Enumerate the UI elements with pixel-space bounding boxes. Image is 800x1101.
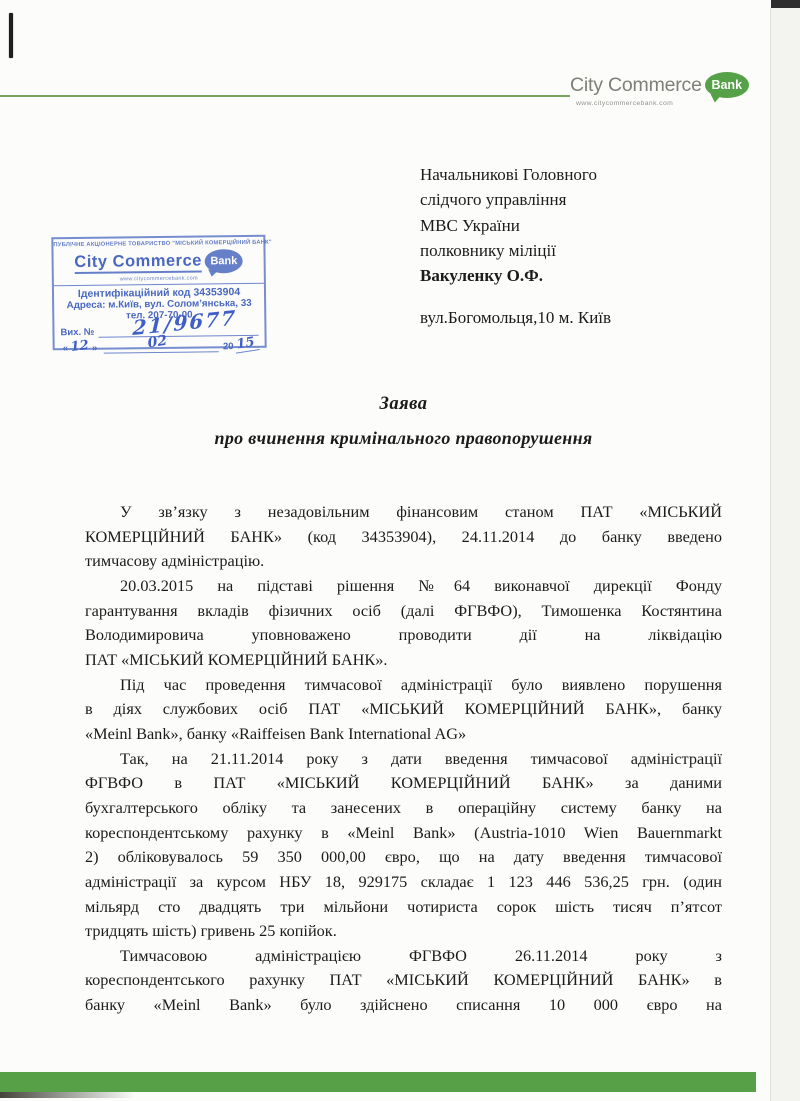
recipient-name: Вакуленку О.Ф. [420,263,611,288]
body-line: Під час проведення тимчасової адміністра… [85,673,722,698]
scan-artifact-mark [9,13,13,58]
stamp-logo-bubble-icon: Bank [205,249,243,273]
header-rule [0,95,570,97]
stamp-outgoing-label: Вих. № [60,327,94,338]
body-line: Тимчасовою адміністрацією ФГВФО 26.11.20… [85,944,722,969]
footer-shadow [0,1092,135,1098]
page-edge-strip [771,8,800,1101]
document-title: Заява про вчинення кримінального правопо… [85,394,722,449]
body-line: Володимировича уповноважено проводити ді… [85,623,722,648]
title-line-2: про вчинення кримінального правопорушенн… [85,428,722,449]
stamp-day-handwriting: 12 [70,338,90,355]
bank-stamp: ПУБЛІЧНЕ АКЦІОНЕРНЕ ТОВАРИСТВО "МІСЬКИЙ … [51,235,266,351]
recipient-line: слідчого управління [420,187,611,212]
stamp-date-row: « 12 » 02 20 15 [61,337,259,354]
body-line: в діях службових осіб ПАТ «МІСЬКИЙ КОМЕР… [85,697,722,722]
body-paragraph: 20.03.2015 на підставі рішення №64 викон… [85,574,722,673]
stamp-month-underline: 02 [103,339,219,353]
body-line: кореспондентському рахунку в «Meinl Bank… [85,821,722,846]
body-paragraph: Під час проведення тимчасової адміністра… [85,673,722,747]
body-paragraph: Тимчасовою адміністрацією ФГВФО 26.11.20… [85,944,722,1018]
body-paragraph: У зв’язку з незадовільним фінансовим ста… [85,500,722,574]
bank-logo: City Commerce Bank www.citycommercebank.… [570,72,770,107]
bank-logo-website: www.citycommercebank.com [576,100,770,107]
bank-logo-name: City Commerce [570,74,702,97]
stamp-website: www.citycommercebank.com [54,275,264,284]
bank-logo-bank-label: Bank [711,78,742,92]
body-line: гарантування вкладів фізичних осіб (далі… [85,599,722,624]
body-line: адміністрації за курсом НБУ 18, 929175 с… [85,870,722,895]
footer-bar [0,1072,756,1092]
body-line: ФГВФО в ПАТ «МІСЬКИЙ КОМЕРЦІЙНИЙ БАНК» з… [85,771,722,796]
body-line: КОМЕРЦІЙНИЙ БАНК» (код 34353904), 24.11.… [85,525,722,550]
page-edge-line [770,8,771,1101]
recipient-lines: Начальникові Головногослідчого управлінн… [420,162,611,263]
stamp-logo: City Commerce Bank [53,248,263,277]
stamp-month-handwriting: 02 [146,333,168,352]
bank-logo-bubble-icon: Bank [705,72,749,98]
recipient-address: вул.Богомольця,10 м. Київ [420,305,611,330]
stamp-year-handwriting: 15 [233,334,259,353]
recipient-line: МВС України [420,213,611,238]
body-line: 2) обліковувалось 59 350 000,00 євро, що… [85,845,722,870]
body-line: Так, на 21.11.2014 року з дати введення … [85,747,722,772]
recipient-block: Начальникові Головногослідчого управлінн… [420,162,611,331]
body-line: У зв’язку з незадовільним фінансовим ста… [85,500,722,525]
body-line: бухгалтерського обліку та занесених в оп… [85,796,722,821]
stamp-year-prefix: 20 [223,341,234,352]
document-page: City Commerce Bank www.citycommercebank.… [0,0,800,1101]
title-line-1: Заява [85,394,722,415]
body-line: 20.03.2015 на підставі рішення №64 викон… [85,574,722,599]
recipient-line: полковнику міліції [420,238,611,263]
body-line: тимчасову адміністрацію. [85,549,722,574]
stamp-logo-name: City Commerce [74,251,202,274]
body-text: У зв’язку з незадовільним фінансовим ста… [85,500,722,1018]
body-line: кореспондентського рахунку ПАТ «МІСЬКИЙ … [85,968,722,993]
body-paragraph: Так, на 21.11.2014 року з дати введення … [85,747,722,944]
scan-artifact-corner [771,0,800,8]
body-line: тридцять шість) гривень 25 копійок. [85,919,722,944]
body-line: мільярд сто двадцять три мільйони чотири… [85,895,722,920]
stamp-quote-close: » [92,343,97,354]
stamp-organization-line: ПУБЛІЧНЕ АКЦІОНЕРНЕ ТОВАРИСТВО "МІСЬКИЙ … [53,240,263,249]
recipient-line: Начальникові Головного [420,162,611,187]
stamp-logo-bank-label: Bank [210,255,237,267]
body-line: банку «Meinl Bank» було здійснено списан… [85,993,722,1018]
body-line: ПАТ «МІСЬКИЙ КОМЕРЦІЙНИЙ БАНК». [85,648,722,673]
stamp-quote-open: « [63,343,68,354]
body-line: «Meinl Bank», банку «Raiffeisen Bank Int… [85,722,722,747]
